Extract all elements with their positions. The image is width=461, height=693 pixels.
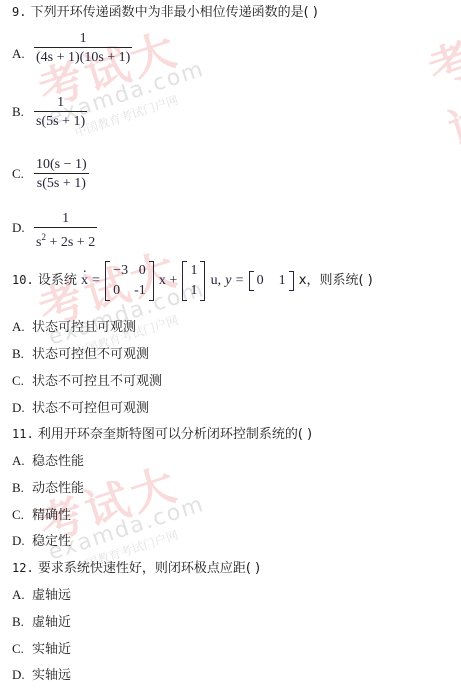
option-letter: C. [12, 372, 32, 390]
option-text: 状态可控但不可观测 [32, 347, 149, 362]
question-number: 11. [12, 427, 34, 441]
option-letter: B. [12, 613, 32, 631]
option-d-fraction[interactable]: 1 s2 + 2s + 2 [34, 210, 97, 251]
q11-option-a[interactable]: A.稳态性能 [12, 452, 84, 471]
matrix-cell: 0 [110, 281, 131, 301]
question-9-stem: 9. 下列开环传递函数中为非最小相位传递函数的是( ) [12, 3, 318, 22]
option-letter: C. [12, 506, 32, 524]
numerator: 1 [34, 30, 132, 47]
q10-option-a[interactable]: A.状态可控且可观测 [12, 318, 136, 337]
option-text: 状态不可控但可观测 [32, 401, 149, 416]
matrix-cell: 0 [131, 261, 149, 281]
matrix-cell: 0 [254, 271, 267, 291]
state-derivative: x [81, 259, 88, 303]
question-number: 12. [12, 561, 34, 575]
q10-option-d[interactable]: D.状态不可控但可观测 [12, 399, 149, 418]
question-text: 下列开环传递函数中为非最小相位传递函数的是( ) [31, 5, 318, 20]
output-label: y [225, 273, 231, 288]
q12-option-c[interactable]: C.实轴近 [12, 640, 71, 659]
option-letter: C. [12, 640, 32, 658]
matrix-cell: -1 [131, 281, 149, 301]
option-b-fraction[interactable]: 1 s(5s + 1) [34, 94, 87, 130]
option-c-fraction[interactable]: 10(s − 1) s(5s + 1) [34, 156, 89, 192]
option-text: 实轴远 [32, 668, 71, 683]
option-letter: A. [12, 46, 25, 62]
denominator: s2 + 2s + 2 [34, 227, 97, 251]
option-letter: B. [12, 104, 24, 120]
watermark-tagline: 中国教育考试门户网 [72, 80, 213, 140]
option-letter: D. [12, 220, 25, 236]
option-letter: D. [12, 399, 32, 417]
question-number: 10. [12, 273, 34, 287]
option-text: 虚轴近 [32, 615, 71, 630]
matrix-a: −3 0 0 -1 [105, 261, 154, 301]
option-letter: B. [12, 345, 32, 363]
watermark-url: examda.com [46, 492, 208, 566]
option-text: 状态不可控且不可观测 [32, 374, 162, 389]
option-letter: A. [12, 452, 32, 470]
numerator: 1 [34, 210, 97, 227]
matrix-cell: 1 [187, 261, 200, 281]
question-11-stem: 11. 利用开环奈奎斯特图可以分析闭环控制系统的( ) [12, 425, 312, 444]
option-letter: A. [12, 586, 32, 604]
q11-option-c[interactable]: C.精确性 [12, 506, 71, 525]
option-a-fraction[interactable]: 1 (4s + 1)(10s + 1) [34, 30, 132, 66]
q10-option-c[interactable]: C.状态不可控且不可观测 [12, 372, 162, 391]
question-number: 9. [12, 5, 26, 19]
q10-option-b[interactable]: B.状态可控但不可观测 [12, 345, 149, 364]
den-rest: + 2s + 2 [46, 235, 95, 250]
equals-sign: = [92, 273, 100, 288]
question-10-stem: 10. 设系统 x = −3 0 0 -1 x + 1 1 u, y = 0 1… [12, 258, 373, 303]
denominator: s(5s + 1) [34, 111, 87, 130]
q11-option-b[interactable]: B.动态性能 [12, 479, 84, 498]
question-text: 设系统 [38, 273, 77, 288]
question-text: 利用开环奈奎斯特图可以分析闭环控制系统的( ) [38, 427, 312, 442]
matrix-cell: 1 [267, 271, 289, 291]
option-letter: C. [12, 166, 24, 182]
matrix-b: 1 1 [182, 261, 205, 301]
option-text: 稳态性能 [32, 454, 84, 469]
matrix-cell: −3 [110, 261, 131, 281]
watermark-brand: 考试大 [420, 22, 461, 219]
denominator: (4s + 1)(10s + 1) [34, 47, 132, 66]
option-letter: D. [12, 666, 32, 684]
matrix-cell: 1 [187, 281, 200, 301]
q12-option-b[interactable]: B.虚轴近 [12, 613, 71, 632]
option-letter: D. [12, 532, 32, 550]
option-text: 动态性能 [32, 481, 84, 496]
numerator: 1 [34, 94, 87, 111]
option-text: 稳定性 [32, 534, 71, 549]
option-text: 实轴近 [32, 642, 71, 657]
question-12-stem: 12. 要求系统快速性好，则闭环极点应距( ) [12, 559, 260, 578]
q12-option-a[interactable]: A.虚轴远 [12, 586, 71, 605]
input-term: u, [211, 273, 222, 288]
watermark: 考试大 [420, 22, 461, 219]
state-term: x + [159, 273, 177, 288]
question-text: x，则系统( ) [299, 273, 373, 288]
q12-option-d[interactable]: D.实轴远 [12, 666, 71, 685]
option-text: 状态可控且可观测 [32, 320, 136, 335]
matrix-c: 0 1 [249, 271, 294, 291]
numerator: 10(s − 1) [34, 156, 89, 173]
option-letter: A. [12, 318, 32, 336]
option-text: 虚轴远 [32, 588, 71, 603]
equals-sign: = [236, 273, 244, 288]
question-text: 要求系统快速性好，则闭环极点应距( ) [38, 561, 260, 576]
option-letter: B. [12, 479, 32, 497]
option-text: 精确性 [32, 508, 71, 523]
q11-option-d[interactable]: D.稳定性 [12, 532, 71, 551]
denominator: s(5s + 1) [34, 173, 89, 192]
